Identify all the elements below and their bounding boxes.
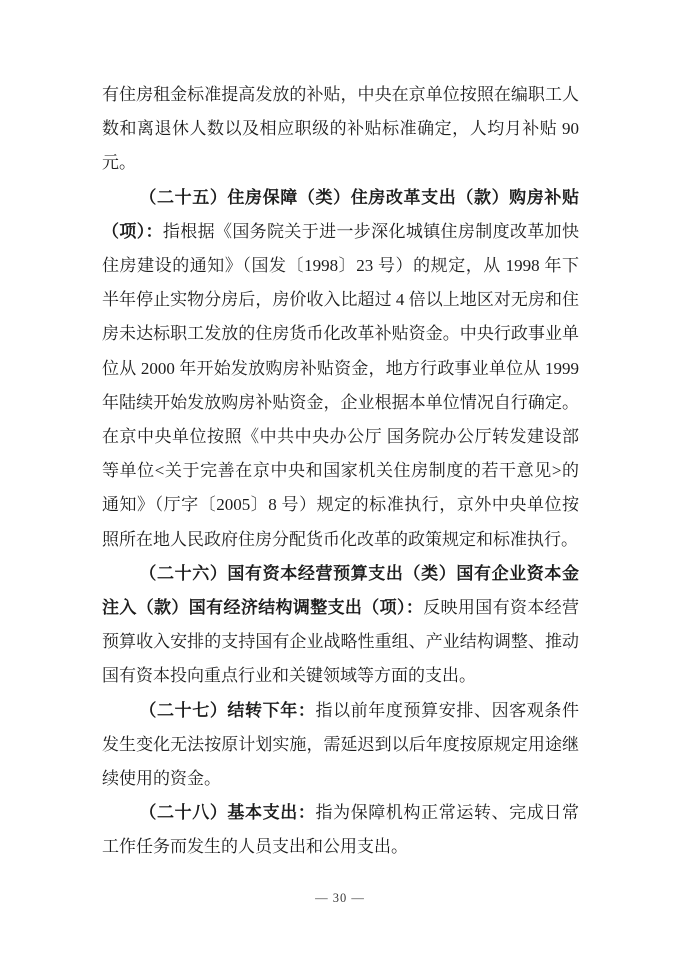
paragraph: （二十五）住房保障（类）住房改革支出（款）购房补贴（项）：指根据《国务院关于进一…	[102, 181, 579, 557]
document-body: 有住房租金标准提高发放的补贴，中央在京单位按照在编职工人数和离退休人数以及相应职…	[102, 78, 579, 865]
paragraph: （二十六）国有资本经营预算支出（类）国有企业资本金注入（款）国有经济结构调整支出…	[102, 557, 579, 694]
paragraph: （二十七）结转下年：指以前年度预算安排、因客观条件发生变化无法按原计划实施，需延…	[102, 694, 579, 797]
document-page: 有住房租金标准提高发放的补贴，中央在京单位按照在编职工人数和离退休人数以及相应职…	[0, 0, 680, 967]
paragraph-text: 指根据《国务院关于进一步深化城镇住房制度改革加快住房建设的通知》（国发〔1998…	[102, 222, 579, 549]
paragraph-lead-bold: （二十七）结转下年：	[139, 701, 315, 720]
paragraph: 有住房租金标准提高发放的补贴，中央在京单位按照在编职工人数和离退休人数以及相应职…	[102, 78, 579, 181]
paragraph-lead-bold: （二十八）基本支出：	[139, 803, 315, 822]
paragraph-text: 有住房租金标准提高发放的补贴，中央在京单位按照在编职工人数和离退休人数以及相应职…	[102, 85, 579, 172]
paragraph: （二十八）基本支出：指为保障机构正常运转、完成日常工作任务而发生的人员支出和公用…	[102, 796, 579, 864]
page-number: — 30 —	[0, 890, 680, 906]
